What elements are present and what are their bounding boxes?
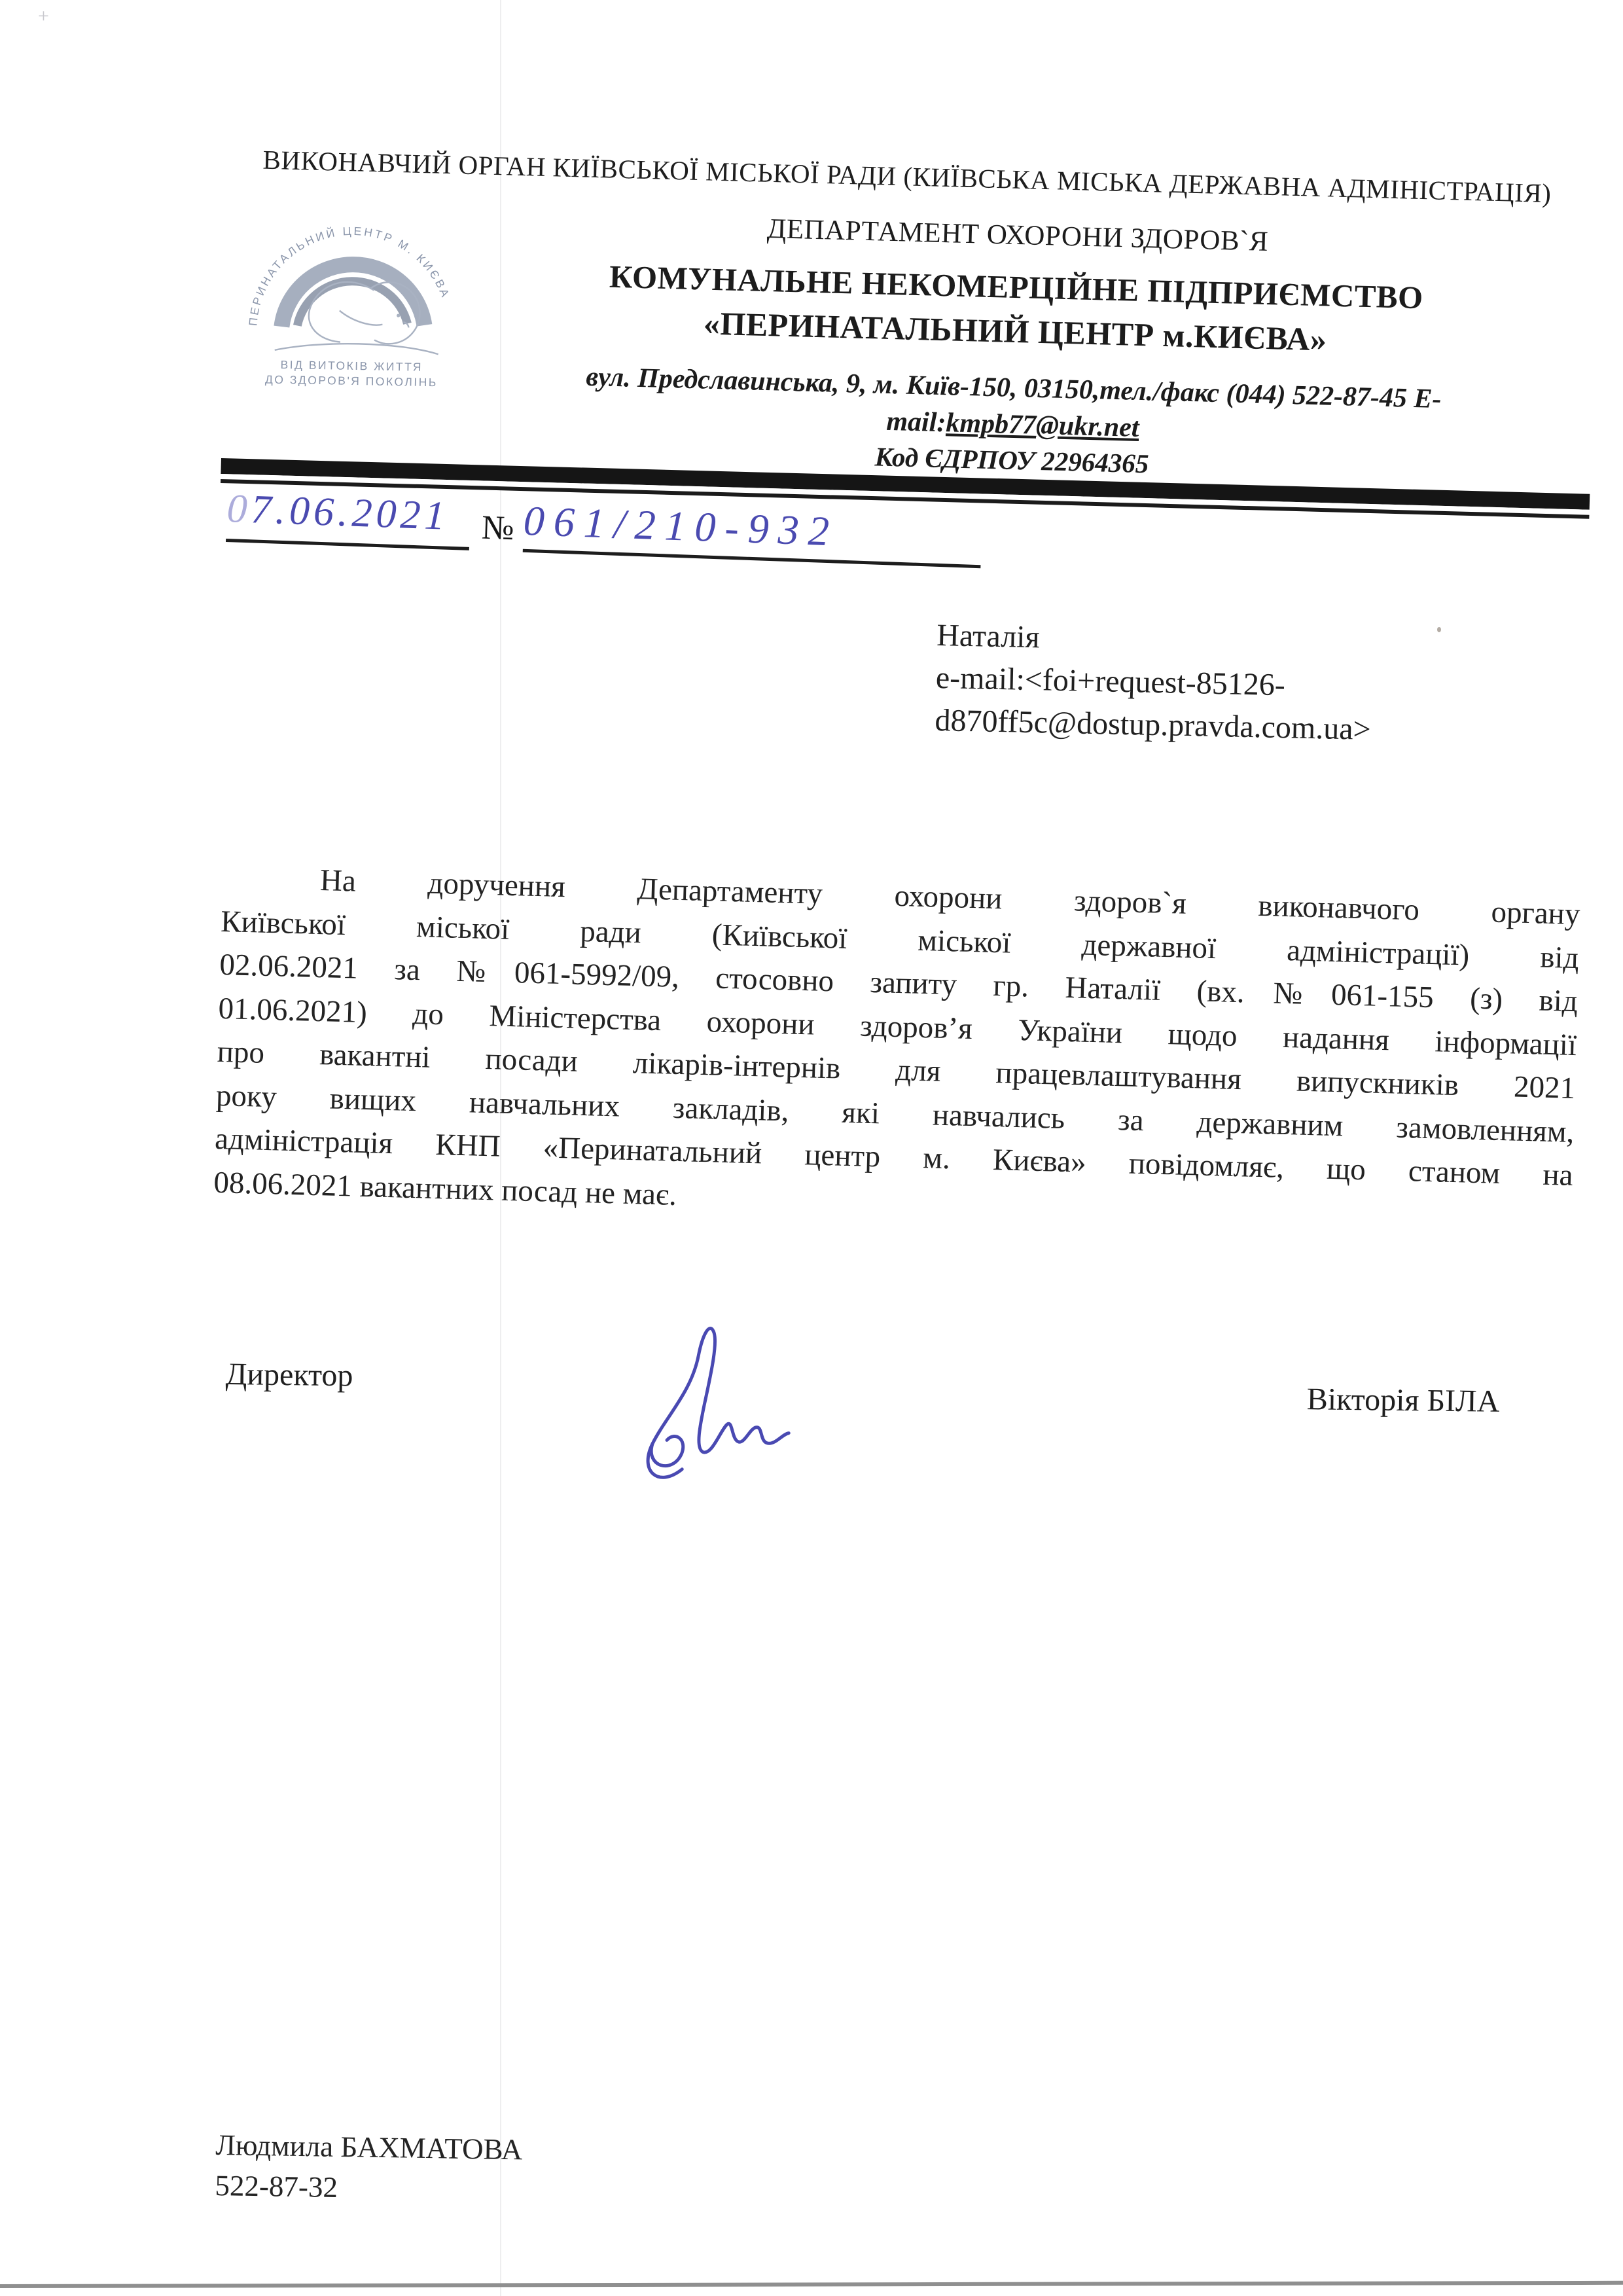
address-line2-prefix: mail: <box>886 406 946 438</box>
baby-eye <box>397 314 400 317</box>
department-line: ДЕПАРТАМЕНТ ОХОРОНИ ЗДОРОВ`Я <box>442 204 1594 266</box>
scanned-letter-page: + ВИКОНАВЧИЙ ОРГАН КИЇВСЬКОЇ МІСЬКОЇ РАД… <box>0 0 1623 2296</box>
handwritten-date-faded-digit: 0 <box>226 486 252 531</box>
scan-speck: + <box>38 5 49 27</box>
contact-name: Людмила БАХМАТОВА <box>215 2125 523 2170</box>
scan-bottom-edge <box>0 2281 1623 2288</box>
contact-phone: 522-87-32 <box>215 2165 522 2210</box>
handwritten-number: 061/210-932 <box>522 497 982 568</box>
logo-tagline-1: ВІД ВИТОКІВ ЖИТТЯ <box>280 358 423 374</box>
logo-tagline-2: ДО ЗДОРОВ'Я ПОКОЛІНЬ <box>265 373 438 389</box>
footer-contact: Людмила БАХМАТОВА 522-87-32 <box>215 2125 523 2210</box>
header-column: ДЕПАРТАМЕНТ ОХОРОНИ ЗДОРОВ`Я КОМУНАЛЬНЕ … <box>436 204 1594 491</box>
recipient-block: Наталія e-mail:<foi+request-85126- d870f… <box>935 614 1487 753</box>
signer-title: Директор <box>225 1357 353 1393</box>
logo-arch-inner <box>297 280 408 327</box>
signature-row: Директор Вікторія БІЛА <box>225 1356 1584 1425</box>
perinatal-center-logo: ПЕРИНАТАЛЬНИЙ ЦЕНТР М. КИЄВА ВІД ВИТОКІВ… <box>240 190 466 393</box>
number-sign: № <box>481 509 515 548</box>
address-line1: вул. Предславинська, 9, м. Київ-150, 031… <box>586 362 1442 414</box>
signature-ink <box>619 1312 838 1496</box>
logo-graphic: ПЕРИНАТАЛЬНИЙ ЦЕНТР М. КИЄВА ВІД ВИТОКІВ… <box>240 190 466 390</box>
handwritten-date: 07.06.2021 <box>226 486 471 550</box>
letter-body: На доручення Департаменту охорони здоров… <box>213 856 1581 1241</box>
email-link-text: kmpb77@ukr.net <box>946 408 1139 443</box>
signer-name: Вікторія БІЛА <box>1306 1381 1499 1420</box>
handwritten-date-rest: 7.06.2021 <box>251 487 450 538</box>
